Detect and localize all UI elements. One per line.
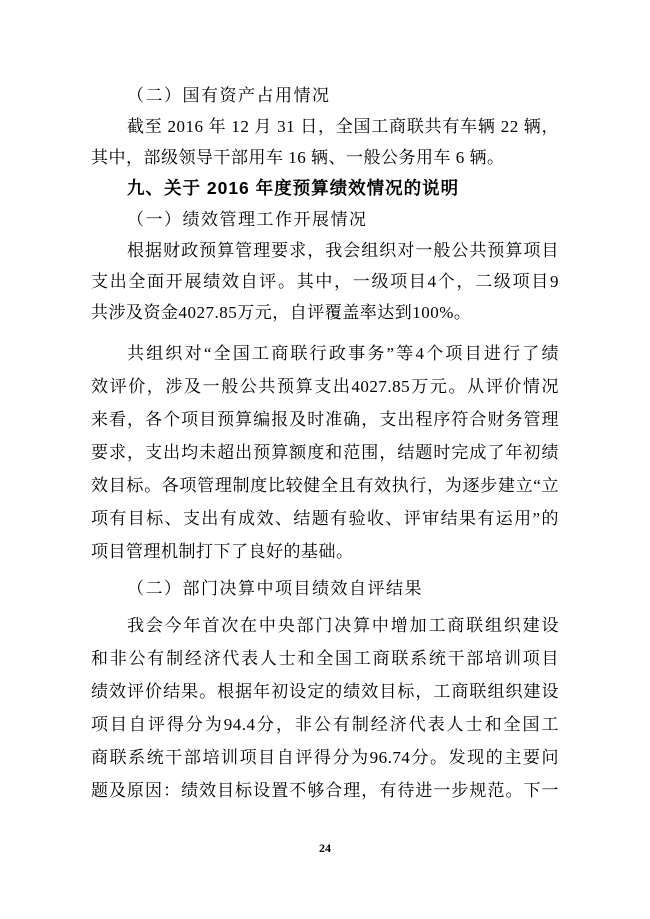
paragraph-line: 项目管理机制打下了良好的基础。 — [91, 535, 559, 568]
paragraph-line: 来看，各个项目预算编报及时准确，支出程序符合财务管理 — [91, 403, 559, 436]
paragraph-line: 题及原因：绩效目标设置不够合理，有待进一步规范。下一 — [91, 774, 559, 807]
paragraph-line: 其中，部级领导干部用车 16 辆、一般公务用车 6 辆。 — [91, 142, 559, 173]
paragraph-line: 项目自评得分为94.4分，非公有制经济代表人士和全国工 — [91, 708, 559, 741]
paragraph-line: 效评价，涉及一般公共预算支出4027.85万元。从评价情况 — [91, 370, 559, 403]
paragraph-line: 共组织对“全国工商联行政事务”等4个项目进行了绩 — [91, 337, 559, 370]
document-page: （二）国有资产占用情况 截至 2016 年 12 月 31 日，全国工商联共有车… — [0, 0, 650, 919]
section-heading: 九、关于 2016 年度预算绩效情况的说明 — [91, 173, 559, 204]
subsection-heading: （二）国有资产占用情况 — [91, 80, 559, 111]
document-body: （二）国有资产占用情况 截至 2016 年 12 月 31 日，全国工商联共有车… — [91, 80, 559, 807]
paragraph-line: 绩效评价结果。根据年初设定的绩效目标，工商联组织建设 — [91, 675, 559, 708]
paragraph-line: 我会今年首次在中央部门决算中增加工商联组织建设 — [91, 609, 559, 642]
paragraph-line: 截至 2016 年 12 月 31 日，全国工商联共有车辆 22 辆， — [91, 111, 559, 142]
subsection-heading: （一）绩效管理工作开展情况 — [91, 204, 559, 235]
paragraph-line: 和非公有制经济代表人士和全国工商联系统干部培训项目 — [91, 642, 559, 675]
paragraph-line: 要求，支出均未超出预算额度和范围，结题时完成了年初绩 — [91, 436, 559, 469]
paragraph-line: 支出全面开展绩效自评。其中，一级项目4个，二级项目9个， — [91, 266, 559, 297]
paragraph-line: 根据财政预算管理要求，我会组织对一般公共预算项目 — [91, 235, 559, 266]
paragraph-line: 效目标。各项管理制度比较健全且有效执行，为逐步建立“立 — [91, 469, 559, 502]
paragraph-line: 项有目标、支出有成效、结题有验收、评审结果有运用”的 — [91, 502, 559, 535]
subsection-heading: （二）部门决算中项目绩效自评结果 — [91, 572, 559, 605]
page-number: 24 — [0, 841, 650, 856]
paragraph-line: 商联系统干部培训项目自评得分为96.74分。发现的主要问 — [91, 741, 559, 774]
paragraph-line: 共涉及资金4027.85万元，自评覆盖率达到100%。 — [91, 297, 559, 328]
